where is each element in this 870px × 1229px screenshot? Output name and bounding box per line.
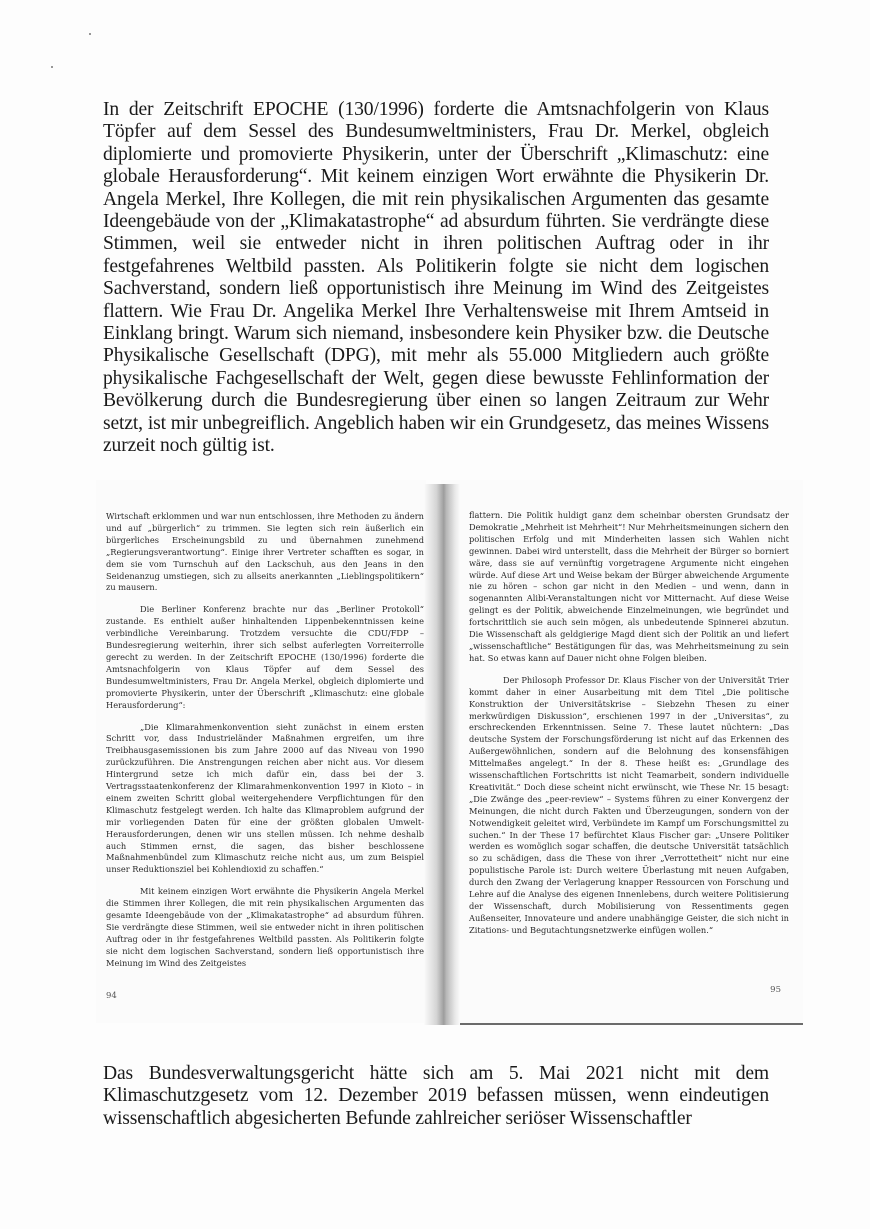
book-paragraph: Wirtschaft erklommen und war nun entschl…: [106, 511, 424, 594]
scan-speck: [51, 66, 53, 68]
book-page-right: flattern. Die Politik huldigt ganz dem s…: [441, 480, 803, 1025]
book-scan-image: Wirtschaft erklommen und war nun entschl…: [96, 480, 806, 1028]
book-paragraph: flattern. Die Politik huldigt ganz dem s…: [469, 510, 789, 665]
book-page-right-text: flattern. Die Politik huldigt ganz dem s…: [469, 510, 789, 937]
book-page-left: Wirtschaft erklommen und war nun entschl…: [96, 480, 426, 1023]
body-paragraph-top: In der Zeitschrift EPOCHE (130/1996) for…: [103, 99, 769, 458]
body-paragraph-bottom: Das Bundesverwaltungsgericht hätte sich …: [103, 1063, 769, 1130]
page-number-right: 95: [770, 985, 781, 997]
book-page-left-text: Wirtschaft erklommen und war nun entschl…: [106, 511, 424, 970]
book-quote-paragraph: „Die Klimarahmenkonvention sieht zunächs…: [106, 722, 424, 877]
book-paragraph: Mit keinem einzigen Wort erwähnte die Ph…: [106, 886, 424, 969]
scan-speck: [89, 33, 91, 35]
book-paragraph: Der Philosoph Professor Dr. Klaus Fische…: [469, 675, 789, 937]
book-gutter-shadow: [424, 484, 460, 1025]
book-paragraph: Die Berliner Konferenz brachte nur das „…: [106, 604, 424, 711]
page-number-left: 94: [106, 991, 117, 1003]
